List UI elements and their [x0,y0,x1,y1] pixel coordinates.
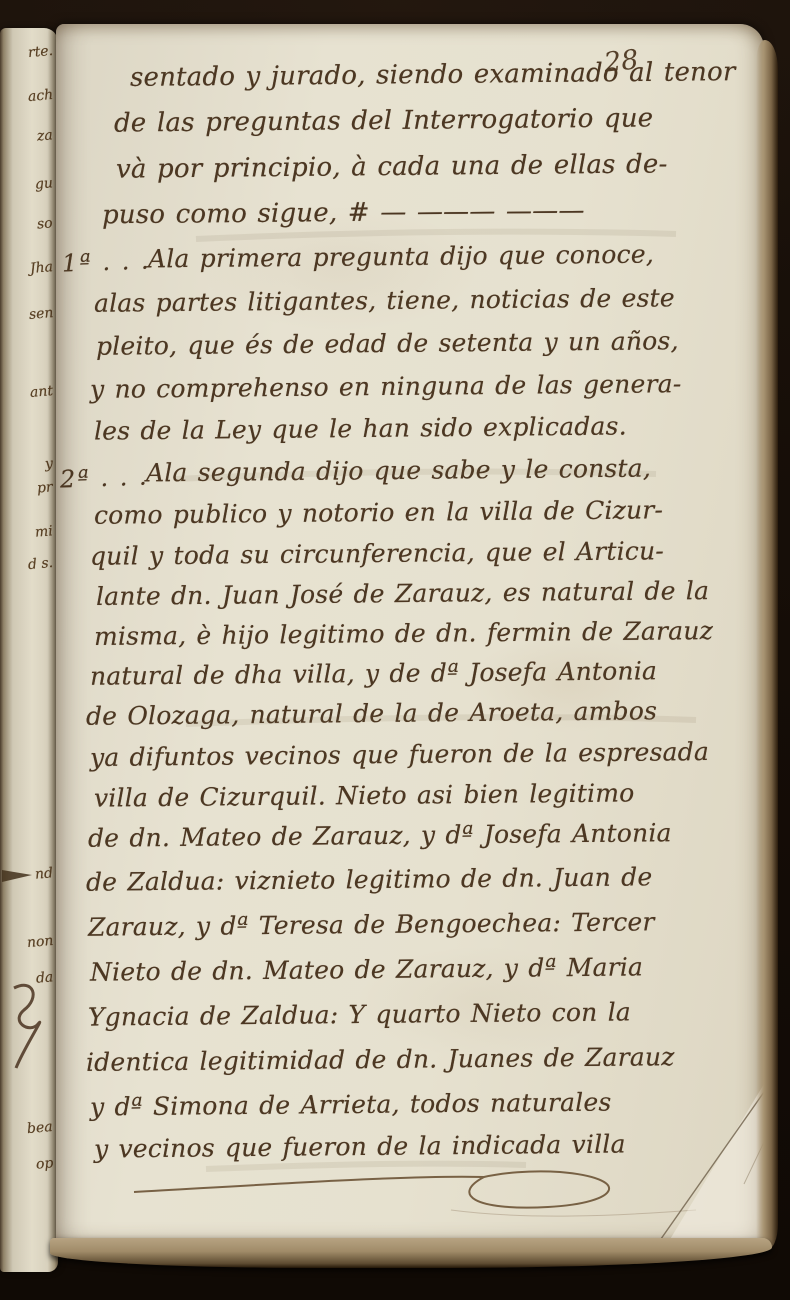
prior-page-text-fragment: mi [35,523,54,540]
manuscript-line: quil y toda su circunferencia, que el Ar… [90,538,664,569]
manuscript-line: y vecinos que fueron de la indicada vill… [94,1131,626,1161]
manuscript-line: y dª Simona de Arrieta, todos naturales [90,1089,612,1119]
prior-page-text-fragment: non [26,933,54,951]
manuscript-line: Ygnacia de Zaldua: Y quarto Nieto con la [88,999,631,1029]
prior-page-text-fragment: nd [34,865,53,883]
prior-page-text-fragment: y [44,456,53,473]
pen-flourish [134,1171,696,1216]
manuscript-line: sentado y jurado, siendo examinado al te… [130,59,736,91]
prior-page-text-fragment: op [35,1155,54,1172]
prior-page-text-fragment: Jha [29,259,53,277]
manuscript-line: Zarauz, y dª Teresa de Bengoechea: Terce… [88,909,655,939]
manuscript-line: Ala primera pregunta dijo que conoce, [148,242,654,272]
prior-page-text-fragment: ach [27,87,54,105]
paragraph-marker-2: 2ª . . . [60,462,149,493]
manuscript-line: puso como sigue, # — ——— ——— [102,198,585,229]
manuscript-line: và por principio, à cada una de ellas de… [116,151,668,182]
manuscript-line: pleito, que és de edad de setenta y un a… [96,328,679,359]
manuscript-line: alas partes litigantes, tiene, noticias … [94,285,675,316]
manuscript-line: ya difuntos vecinos que fueron de la esp… [90,739,709,770]
manuscript-line: de Zaldua: viznieto legitimo de dn. Juan… [86,864,653,894]
prior-page-text-fragment: bea [27,1119,54,1137]
page-stack-edge-right [756,40,778,1250]
manuscript-line: natural de dha villa, y de dª Josefa Ant… [90,658,657,688]
manuscript-line: y no comprehenso en ninguna de las gener… [90,371,682,402]
prior-page-text-fragment: sen [28,305,54,323]
manuscript-line: identica legitimidad de dn. Juanes de Za… [86,1044,675,1075]
manuscript-line: lante dn. Juan José de Zarauz, es natura… [96,578,709,609]
paper-crease-line [656,1084,764,1246]
manuscript-line: les de la Ley que le han sido explicadas… [94,413,627,443]
prior-page-text-fragment: d s. [27,555,53,573]
paragraph-marker-1: 1ª . . . [62,246,151,277]
ink-blot-mark [2,870,32,882]
manuscript-line: como publico y notorio en la villa de Ci… [94,497,663,527]
manuscript-line: villa de Cizurquil. Nieto asi bien legit… [94,780,635,810]
manuscript-line: misma, è hijo legitimo de dn. fermin de … [94,618,713,649]
manuscript-line: de las preguntas del Interrogatorio que [114,105,654,136]
manuscript-line: de Olozaga, natural de la de Aroeta, amb… [86,698,657,728]
previous-page-edge: rte. ach za gu so Jha sen ant y pr mi d … [0,28,58,1272]
manuscript-page: 28 sentado y jurado, siendo examinado al… [56,24,764,1246]
prior-page-text-fragment: so [37,215,54,232]
prior-page-text-fragment: rte. [27,43,53,61]
manuscript-line: de dn. Mateo de Zarauz, y dª Josefa Anto… [88,820,672,851]
manuscript-line: Ala segunda dijo que sabe y le consta, [146,456,651,486]
prior-page-text-fragment: da [35,969,54,986]
prior-page-text-fragment: gu [34,175,53,193]
prior-page-text-fragment: ant [29,383,53,401]
prior-page-text-fragment: pr [37,479,54,496]
manuscript-line: Nieto de dn. Mateo de Zarauz, y dª Maria [90,954,643,984]
prior-page-text-fragment: za [37,127,54,144]
